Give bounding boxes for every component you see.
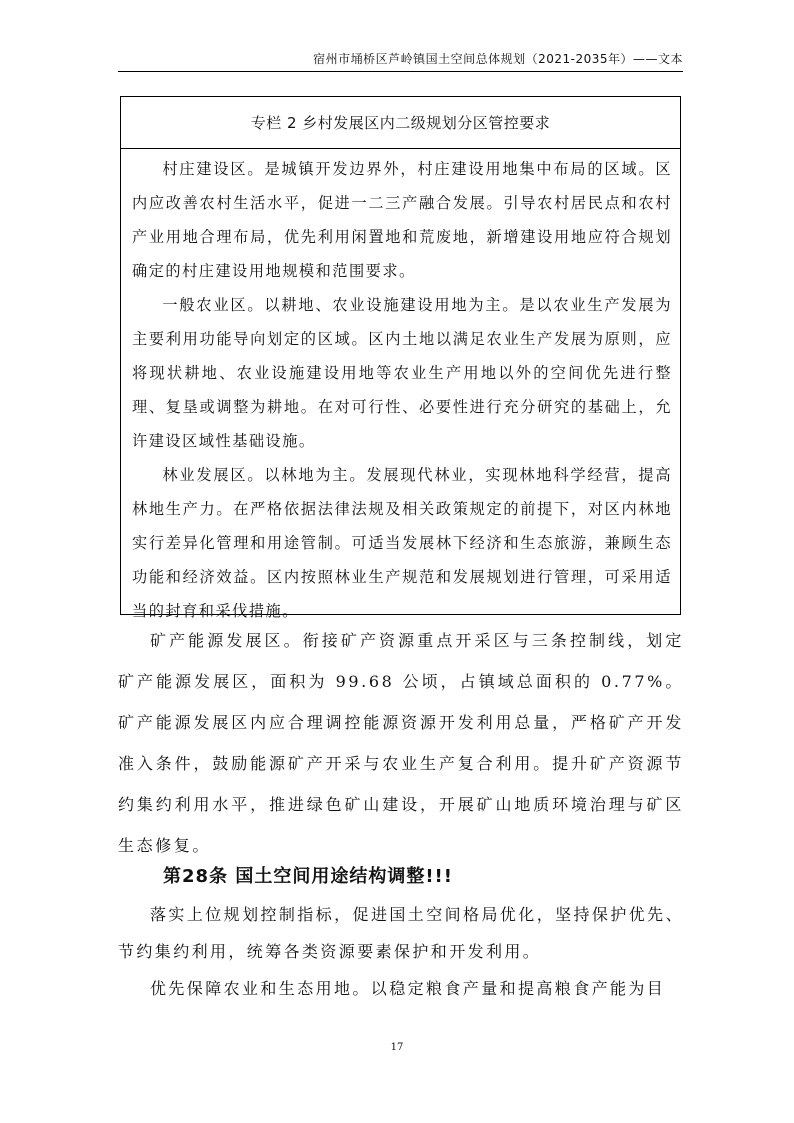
sidebar-box: 专栏 2 乡村发展区内二级规划分区管控要求 村庄建设区。是城镇开发边界外，村庄建… <box>120 96 681 615</box>
page-number: 17 <box>0 1042 794 1053</box>
section-paragraph-2: 优先保障农业和生态用地。以稳定粮食产量和提高粮食产能为目 <box>118 970 684 1007</box>
sidebar-box-body: 村庄建设区。是城镇开发边界外，村庄建设用地集中布局的区域。区内应改善农村生活水平… <box>121 149 680 628</box>
box-paragraph-village-construction: 村庄建设区。是城镇开发边界外，村庄建设用地集中布局的区域。区内应改善农村生活水平… <box>132 152 672 288</box>
section-body: 落实上位规划控制指标，促进国土空间格局优化，坚持保护优先、节约集约利用，统筹各类… <box>118 896 684 1007</box>
sidebar-box-title: 专栏 2 乡村发展区内二级规划分区管控要求 <box>121 97 680 149</box>
section-heading: 第28条 国土空间用途结构调整!!! <box>163 862 453 888</box>
body-text: 矿产能源发展区。衔接矿产资源重点开采区与三条控制线，划定矿产能源发展区，面积为 … <box>118 620 684 866</box>
box-paragraph-forestry: 林业发展区。以林地为主。发展现代林业，实现林地科学经营，提高林地生产力。在严格依… <box>132 458 672 628</box>
running-header: 宿州市埇桥区芦岭镇国土空间总体规划（2021-2035年）——文本 <box>118 50 683 72</box>
section-paragraph-1: 落实上位规划控制指标，促进国土空间格局优化，坚持保护优先、节约集约利用，统筹各类… <box>118 896 684 970</box>
paragraph-mineral-energy: 矿产能源发展区。衔接矿产资源重点开采区与三条控制线，划定矿产能源发展区，面积为 … <box>118 620 684 866</box>
box-paragraph-general-agriculture: 一般农业区。以耕地、农业设施建设用地为主。是以农业生产发展为主要利用功能导向划定… <box>132 288 672 458</box>
